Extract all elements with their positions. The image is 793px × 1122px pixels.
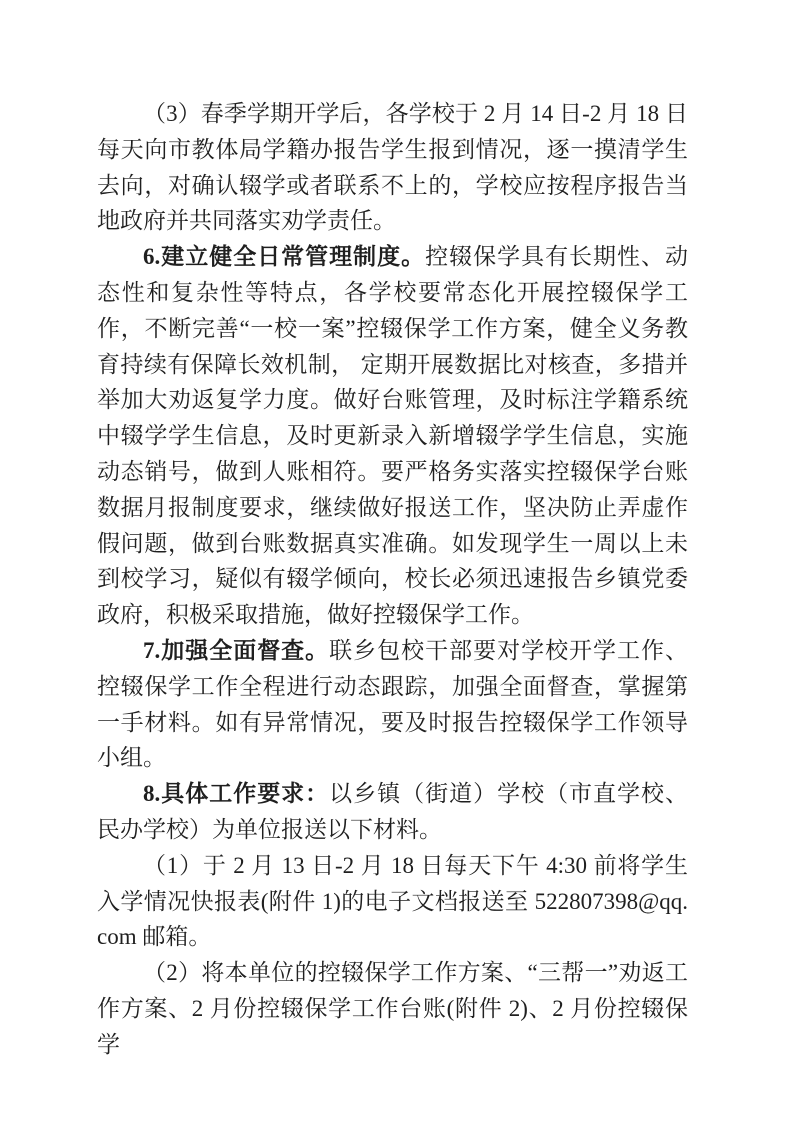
text-run: 控辍保学具有长期性、动态性和复杂性等特点，各学校要常态化开展控辍保学工作，不断完…: [97, 244, 688, 627]
paragraph-item-6: 6.建立健全日常管理制度。控辍保学具有长期性、动态性和复杂性等特点，各学校要常态…: [97, 239, 688, 633]
heading-run-item-7: 7.加强全面督查。: [143, 638, 329, 663]
text-run: （2）将本单位的控辍保学工作方案、“三帮一”劝返工作方案、2 月份控辍保学工作台…: [97, 960, 688, 1057]
paragraph-item-8: 8.具体工作要求：以乡镇（街道）学校（市直学校、民办学校）为单位报送以下材料。: [97, 776, 688, 848]
document-text-body: （3）春季学期开学后，各学校于 2 月 14 日-2 月 18 日每天向市教体局…: [97, 96, 688, 1063]
paragraph-item-7: 7.加强全面督查。联乡包校干部要对学校开学工作、控辍保学工作全程进行动态跟踪，加…: [97, 633, 688, 776]
paragraph-item-8-1: （1）于 2 月 13 日-2 月 18 日每天下午 4:30 前将学生入学情况…: [97, 848, 688, 955]
paragraph-item-8-2: （2）将本单位的控辍保学工作方案、“三帮一”劝返工作方案、2 月份控辍保学工作台…: [97, 955, 688, 1062]
text-run: （3）春季学期开学后，各学校于 2 月 14 日-2 月 18 日每天向市教体局…: [97, 101, 688, 233]
document-page: （3）春季学期开学后，各学校于 2 月 14 日-2 月 18 日每天向市教体局…: [0, 0, 793, 1122]
heading-run-item-6: 6.建立健全日常管理制度。: [143, 244, 425, 269]
paragraph-item-3: （3）春季学期开学后，各学校于 2 月 14 日-2 月 18 日每天向市教体局…: [97, 96, 688, 239]
text-run-with-email: （1）于 2 月 13 日-2 月 18 日每天下午 4:30 前将学生入学情况…: [97, 853, 688, 950]
heading-run-item-8: 8.具体工作要求：: [143, 781, 329, 806]
